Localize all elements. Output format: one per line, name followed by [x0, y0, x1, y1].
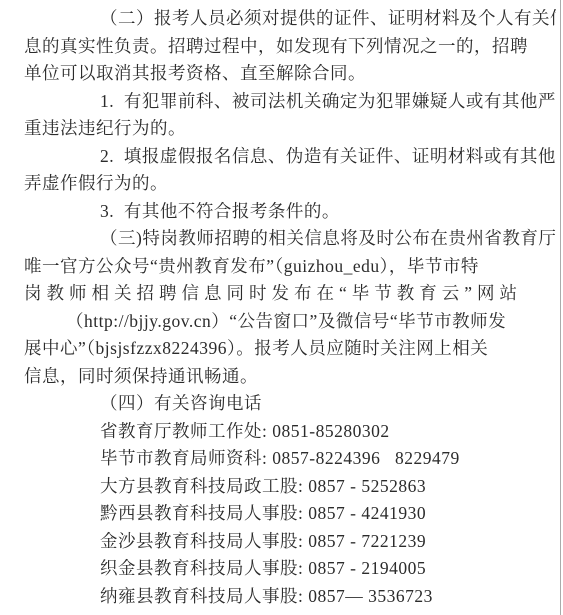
text-line: 省教育厅教师工作处: 0851-85280302	[0, 418, 556, 446]
page-edge-line	[560, 0, 561, 615]
text-line: 息的真实性负责。招聘过程中，如发现有下列情况之一的，招聘	[0, 33, 556, 61]
text-line: 黔西县教育科技局人事股: 0857 - 4241930	[0, 500, 556, 528]
text-line: 展中心”（bjsjsfzzx8224396）。报考人员应随时关注网上相关	[0, 335, 556, 363]
text-line: 大方县教育科技局政工股: 0857 - 5252863	[0, 473, 556, 501]
text-line: 重违法违纪行为的。	[0, 115, 556, 143]
text-line: 唯一官方公众号“贵州教育发布”（guizhou_edu），毕节市特	[0, 253, 556, 281]
text-line: （三)特岗教师招聘的相关信息将及时公布在贵州省教育厅	[0, 225, 556, 253]
text-line: 单位可以取消其报考资格、直至解除合同。	[0, 60, 556, 88]
text-line: 毕节市教育局师资科: 0857-8224396 8229479	[0, 445, 556, 473]
text-line: 信息，同时须保持通讯畅通。	[0, 363, 556, 391]
text-line: 2. 填报虚假报名信息、伪造有关证件、证明材料或有其他	[0, 143, 556, 171]
text-line: 岗教师相关招聘信息同时发布在“毕节教育云”网站	[0, 280, 556, 308]
text-line: 织金县教育科技局人事股: 0857 - 2194005	[0, 555, 556, 583]
text-line: 纳雍县教育科技局人事股: 0857— 3536723	[0, 583, 556, 611]
text-line: （二）报考人员必须对提供的证件、证明材料及个人有关信	[0, 5, 556, 33]
document-text-block: （二）报考人员必须对提供的证件、证明材料及个人有关信息的真实性负责。招聘过程中，…	[0, 5, 556, 610]
text-line: 1. 有犯罪前科、被司法机关确定为犯罪嫌疑人或有其他严	[0, 88, 556, 116]
text-line: 3. 有其他不符合报考条件的。	[0, 198, 556, 226]
text-line: 金沙县教育科技局人事股: 0857 - 7221239	[0, 528, 556, 556]
text-line: （四）有关咨询电话	[0, 390, 556, 418]
document-page: （二）报考人员必须对提供的证件、证明材料及个人有关信息的真实性负责。招聘过程中，…	[0, 0, 563, 615]
text-line: （http://bjjy.gov.cn）“公告窗口”及微信号“毕节市教师发	[0, 308, 556, 336]
text-line: 弄虚作假行为的。	[0, 170, 556, 198]
